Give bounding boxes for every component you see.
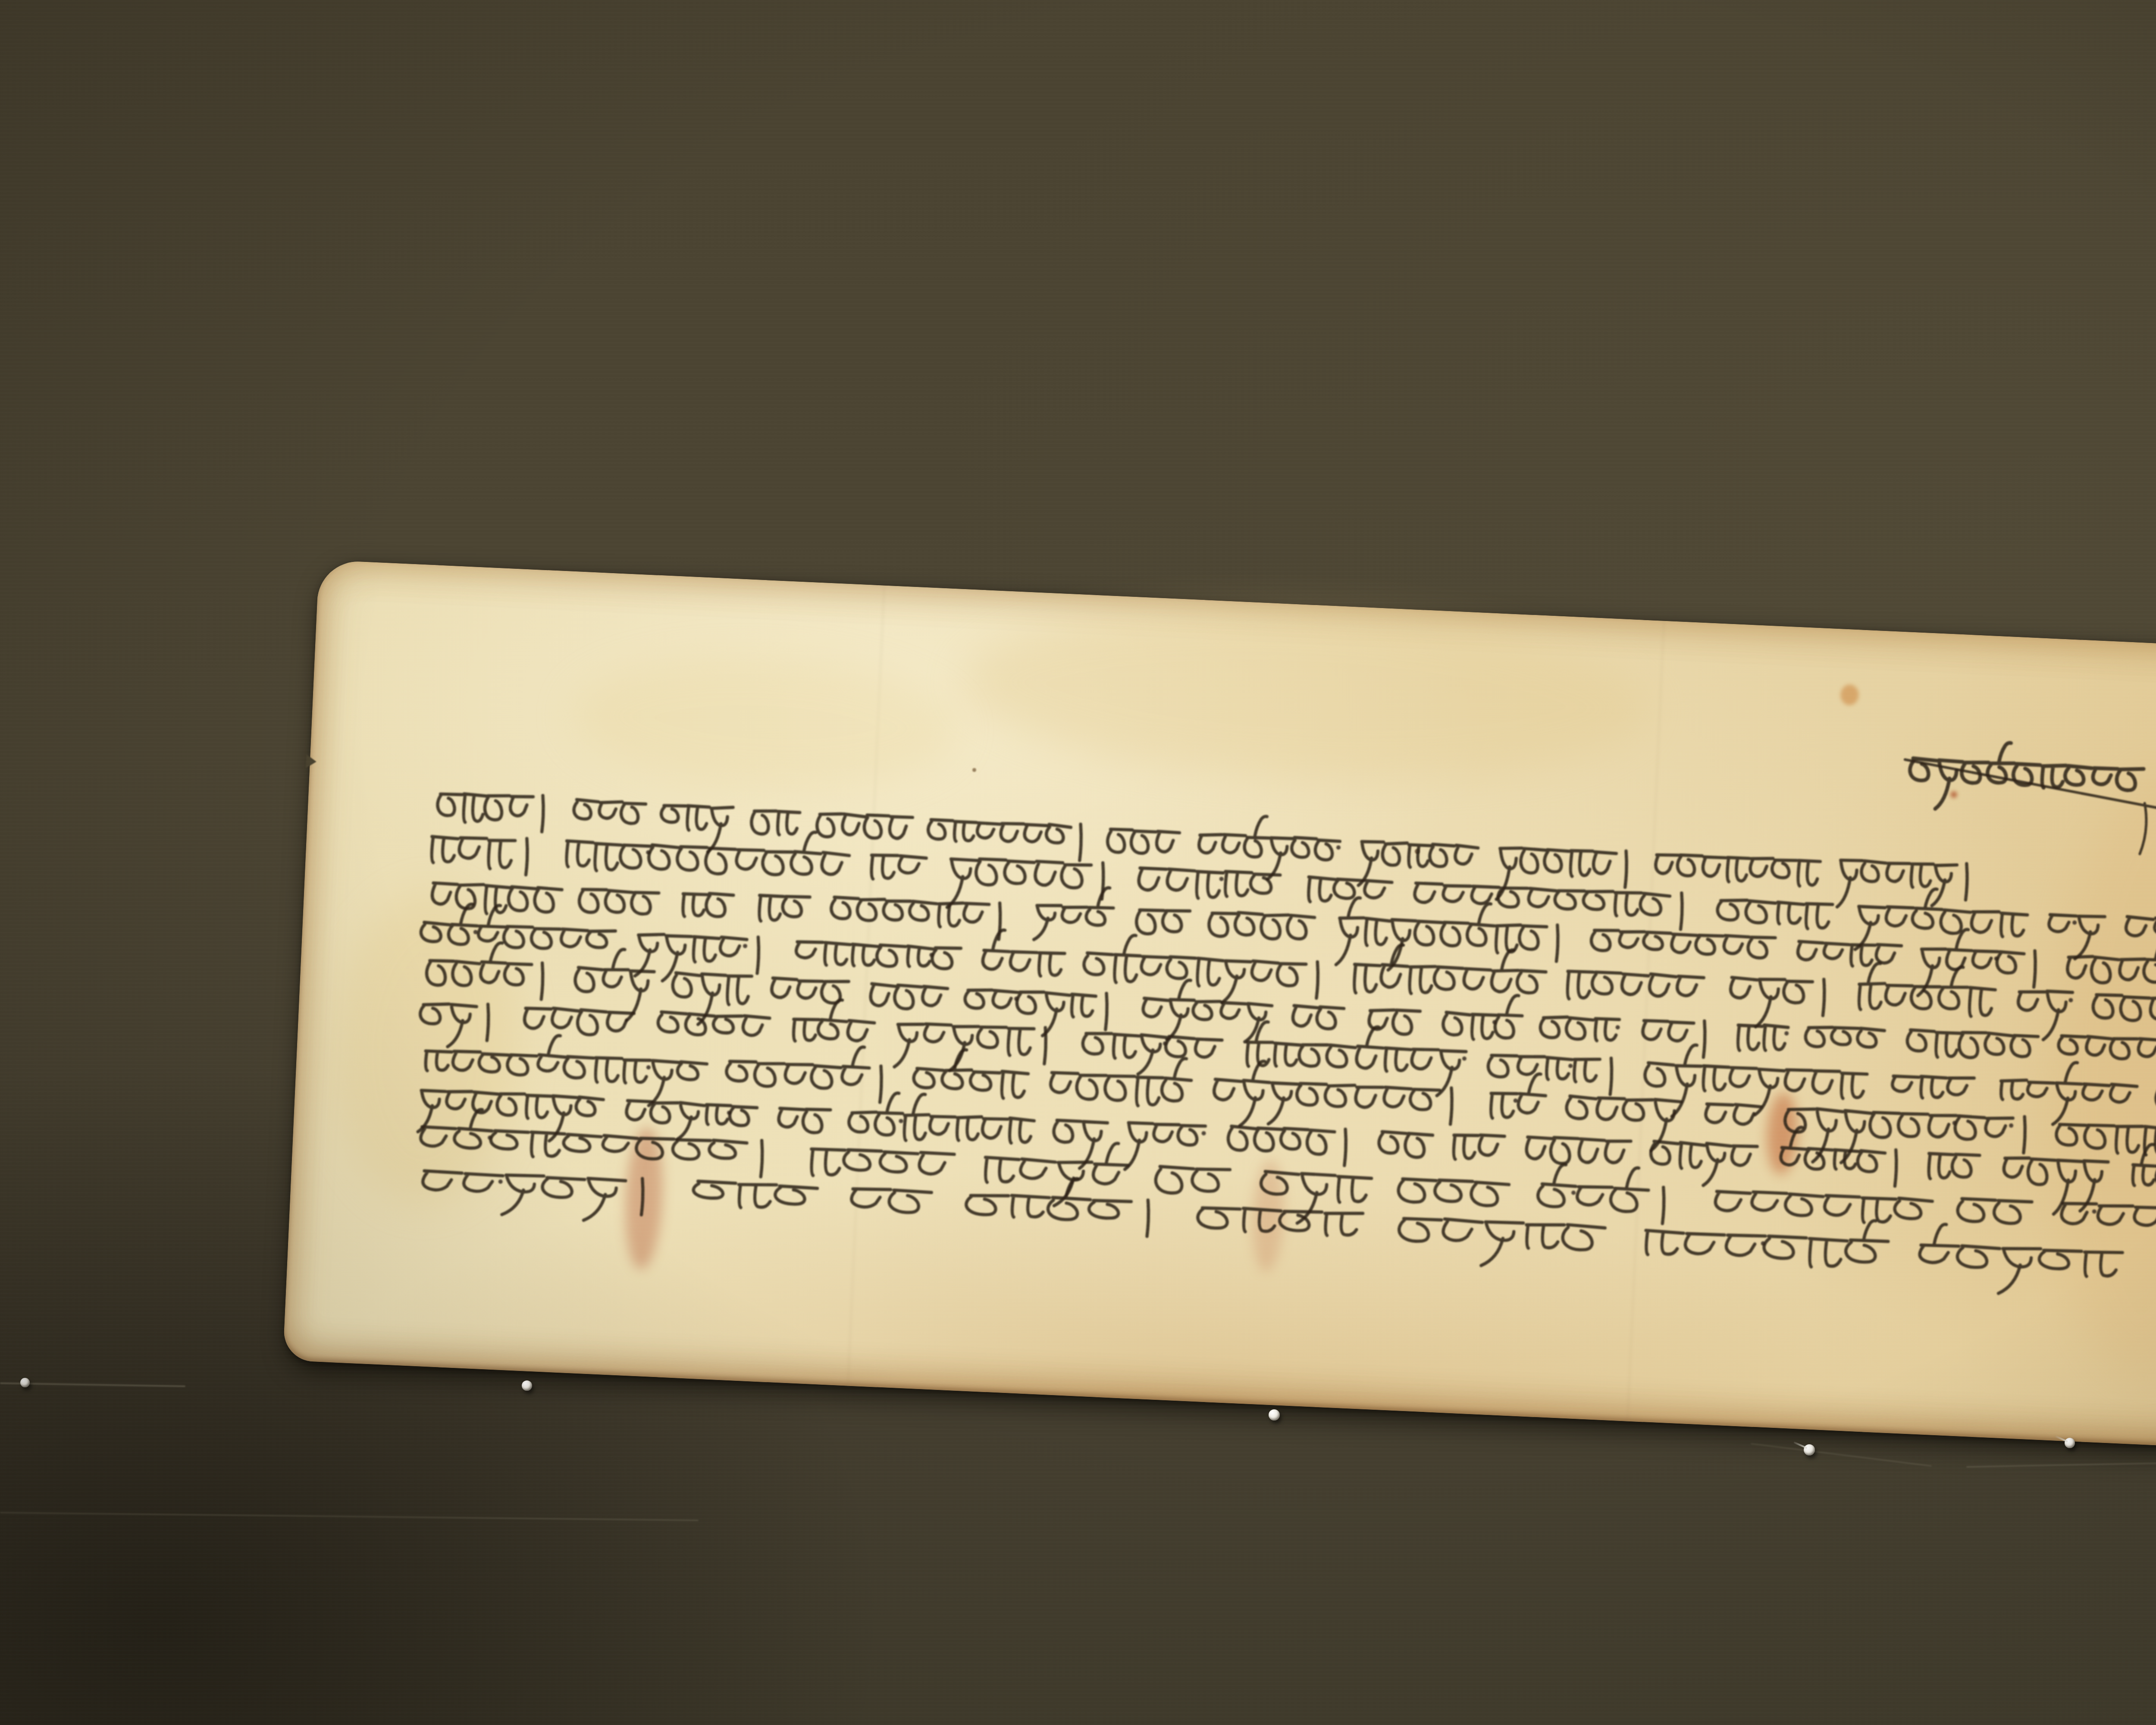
manuscript-page: বসুস্থাহবউতথ১ ষাহযত। যোধযা মাসতাং শ্বৈব … — [283, 560, 2156, 1449]
photo-backdrop: বসুস্থাহবউতথ১ ষাহযত। যোধযা মাসতাং শ্বৈব … — [0, 0, 2156, 1725]
ink-line-4 — [419, 897, 2156, 1051]
pin — [522, 1380, 532, 1391]
pin-shaft — [1793, 1442, 1808, 1449]
paper-edge-notch — [306, 754, 317, 768]
scratch-mark — [1751, 1443, 1932, 1467]
handwritten-text-layer — [283, 560, 2156, 1449]
pin — [2065, 1438, 2075, 1448]
ink-line-3 — [431, 856, 2156, 1009]
paper-crease — [1627, 621, 1665, 1421]
pin — [1269, 1409, 1280, 1421]
speck-stain — [1415, 849, 1420, 854]
ink-line-2 — [430, 815, 2156, 966]
pin — [20, 1378, 30, 1387]
pin-shaft — [2055, 1435, 2068, 1442]
ink-line-9 — [419, 1107, 2156, 1264]
speck-stain — [972, 768, 976, 772]
transcription-layer: বসুস্থাহবউতথ১ ষাহযত। যোধযা মাসতাং শ্বৈব … — [319, 560, 2156, 648]
age-patch-stain — [568, 649, 962, 796]
red-streak-stain — [1765, 1092, 1799, 1175]
ink-line-5 — [425, 940, 2156, 1093]
ink-line-10 — [421, 1149, 2123, 1299]
strike-through-line — [1901, 759, 2156, 855]
marginal-title-ink — [1908, 738, 2144, 818]
ink-line-6 — [418, 981, 2156, 1141]
dot-stain — [1950, 791, 1957, 798]
age-patch-stain — [2037, 768, 2156, 1381]
age-patch-stain — [957, 598, 1654, 793]
scratch-mark — [0, 1512, 699, 1521]
red-streak-stain — [623, 1126, 666, 1270]
ink-line-8 — [417, 1065, 2156, 1221]
dot-stain — [1840, 684, 1859, 706]
ink-line-1 — [436, 779, 1968, 921]
age-patch-stain — [327, 889, 526, 1207]
scratch-mark — [1966, 1454, 2156, 1468]
paper-crease — [847, 585, 885, 1386]
photo-vignette — [0, 0, 2156, 1725]
ink-line-7 — [423, 1023, 2156, 1179]
red-streak-stain — [1250, 1159, 1286, 1273]
paper-stains — [319, 560, 2156, 648]
pin — [1804, 1444, 1815, 1455]
